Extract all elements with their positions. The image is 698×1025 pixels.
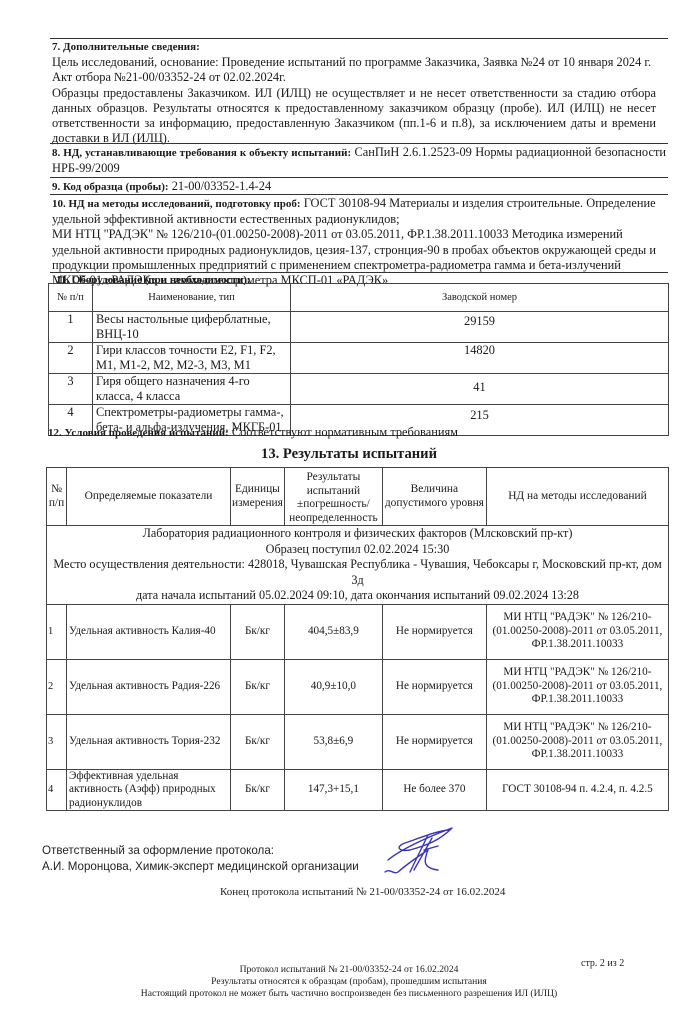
test-dates: дата начала испытаний 05.02.2024 09:10, … <box>47 588 668 604</box>
equipment-name: Гири классов точности E2, F1, F2, M1, M1… <box>93 343 291 374</box>
activity-location: Место осуществления деятельности: 428018… <box>47 557 668 588</box>
section-9-heading: 9. Код образца (пробы): <box>52 181 169 193</box>
signature-block: Ответственный за оформление протокола: А… <box>42 843 359 875</box>
section-12-text: Соответствуют нормативным требованиям <box>232 425 458 439</box>
indicator: Эффективная удельная активность (Аэфф) п… <box>67 769 231 811</box>
limit-value: Не нормируется <box>382 714 486 769</box>
serial-number: 29159 <box>291 312 669 343</box>
col-header-result: Результаты испытаний ±погрешность/ неопр… <box>284 468 382 526</box>
equipment-table-header: № п/п Наименование, тип Заводской номер <box>49 284 669 312</box>
section-10-heading: 10. НД на методы исследований, подготовк… <box>52 198 301 210</box>
method-nd: ГОСТ 30108-94 п. 4.2.4, п. 4.2.5 <box>486 769 668 811</box>
table-row: 1 Весы настольные циферблатные, ВНЦ-10 2… <box>49 312 669 343</box>
col-header-number: № п/п <box>49 284 93 312</box>
signature-icon <box>380 820 460 880</box>
indicator: Удельная активность Калия-40 <box>67 604 231 659</box>
unit: Бк/кг <box>231 769 285 811</box>
lab-info-cell: Лаборатория радиационного контроля и физ… <box>47 526 669 605</box>
result-value: 147,3+15,1 <box>284 769 382 811</box>
divider <box>50 143 668 144</box>
table-row: 2 Гири классов точности E2, F1, F2, M1, … <box>49 343 669 374</box>
col-header-name: Наименование, тип <box>93 284 291 312</box>
row-number: 4 <box>47 769 67 811</box>
section-7-heading: 7. Дополнительные сведения: <box>52 40 666 55</box>
indicator: Удельная активность Тория-232 <box>67 714 231 769</box>
footer-results-note: Результаты относятся к образцам (пробам)… <box>0 976 698 988</box>
method-nd: МИ НТЦ "РАДЭК" № 126/210-(01.00250-2008)… <box>486 604 668 659</box>
method-nd: МИ НТЦ "РАДЭК" № 126/210-(01.00250-2008)… <box>486 659 668 714</box>
table-row: 4 Эффективная удельная активность (Аэфф)… <box>47 769 669 811</box>
row-number: 2 <box>47 659 67 714</box>
equipment-table: № п/п Наименование, тип Заводской номер … <box>48 283 669 436</box>
results-title: 13. Результаты испытаний <box>0 446 698 463</box>
section-7-act: Акт отбора №21-00/03352-24 от 02.02.2024… <box>52 70 666 85</box>
responsible-label: Ответственный за оформление протокола: <box>42 843 359 859</box>
col-header-number: № п/п <box>47 468 67 526</box>
result-value: 53,8±6,9 <box>284 714 382 769</box>
unit: Бк/кг <box>231 714 285 769</box>
serial-number: 14820 <box>291 343 669 374</box>
result-value: 404,5±83,9 <box>284 604 382 659</box>
row-number: 2 <box>49 343 93 374</box>
equipment-name: Гиря общего назначения 4-го класса, 4 кл… <box>93 374 291 405</box>
divider <box>50 194 668 195</box>
limit-value: Не более 370 <box>382 769 486 811</box>
serial-number: 41 <box>291 374 669 405</box>
row-number: 1 <box>49 312 93 343</box>
section-8-heading: 8. НД, устанавливающие требования к объе… <box>52 147 351 159</box>
equipment-name: Весы настольные циферблатные, ВНЦ-10 <box>93 312 291 343</box>
results-table-header: № п/п Определяемые показатели Единицы из… <box>47 468 669 526</box>
divider <box>50 177 668 178</box>
footer-reproduction-note: Настоящий протокол не может быть частичн… <box>0 988 698 1000</box>
col-header-limit: Величина допустимого уровня <box>382 468 486 526</box>
row-number: 1 <box>47 604 67 659</box>
table-row: 1 Удельная активность Калия-40 Бк/кг 404… <box>47 604 669 659</box>
col-header-unit: Единицы измерения <box>231 468 285 526</box>
method-nd: МИ НТЦ "РАДЭК" № 126/210-(01.00250-2008)… <box>486 714 668 769</box>
unit: Бк/кг <box>231 659 285 714</box>
table-row: 2 Удельная активность Радия-226 Бк/кг 40… <box>47 659 669 714</box>
sample-received: Образец поступил 02.02.2024 15:30 <box>47 542 668 558</box>
limit-value: Не нормируется <box>382 604 486 659</box>
table-row: 3 Удельная активность Тория-232 Бк/кг 53… <box>47 714 669 769</box>
section-test-conditions: 12. Условия проведения испытаний: Соотве… <box>48 425 688 441</box>
responsible-name: А.И. Моронцова, Химик-эксперт медицинско… <box>42 859 359 875</box>
col-header-serial: Заводской номер <box>291 284 669 312</box>
results-table: № п/п Определяемые показатели Единицы из… <box>46 467 669 811</box>
divider <box>50 38 668 39</box>
section-7-purpose: Цель исследований, основание: Проведение… <box>52 55 666 70</box>
sample-code: 21-00/03352-1.4-24 <box>172 179 271 193</box>
col-header-method: НД на методы исследований <box>486 468 668 526</box>
lab-name: Лаборатория радиационного контроля и физ… <box>47 526 668 542</box>
end-of-protocol: Конец протокола испытаний № 21-00/03352-… <box>220 886 505 898</box>
indicator: Удельная активность Радия-226 <box>67 659 231 714</box>
row-number: 3 <box>47 714 67 769</box>
limit-value: Не нормируется <box>382 659 486 714</box>
section-additional-info: 7. Дополнительные сведения: Цель исследо… <box>52 40 666 146</box>
table-row: 3 Гиря общего назначения 4-го класса, 4 … <box>49 374 669 405</box>
col-header-indicator: Определяемые показатели <box>67 468 231 526</box>
section-7-disclaimer: Образцы предоставлены Заказчиком. ИЛ (ИЛ… <box>52 86 666 147</box>
unit: Бк/кг <box>231 604 285 659</box>
lab-info-row: Лаборатория радиационного контроля и физ… <box>47 526 669 605</box>
footer-protocol: Протокол испытаний № 21-00/03352-24 от 1… <box>0 964 698 976</box>
section-requirements-nd: 8. НД, устанавливающие требования к объе… <box>52 145 666 176</box>
section-12-heading: 12. Условия проведения испытаний: <box>48 427 229 439</box>
section-sample-code: 9. Код образца (пробы): 21-00/03352-1.4-… <box>52 179 666 195</box>
row-number: 3 <box>49 374 93 405</box>
result-value: 40,9±10,0 <box>284 659 382 714</box>
